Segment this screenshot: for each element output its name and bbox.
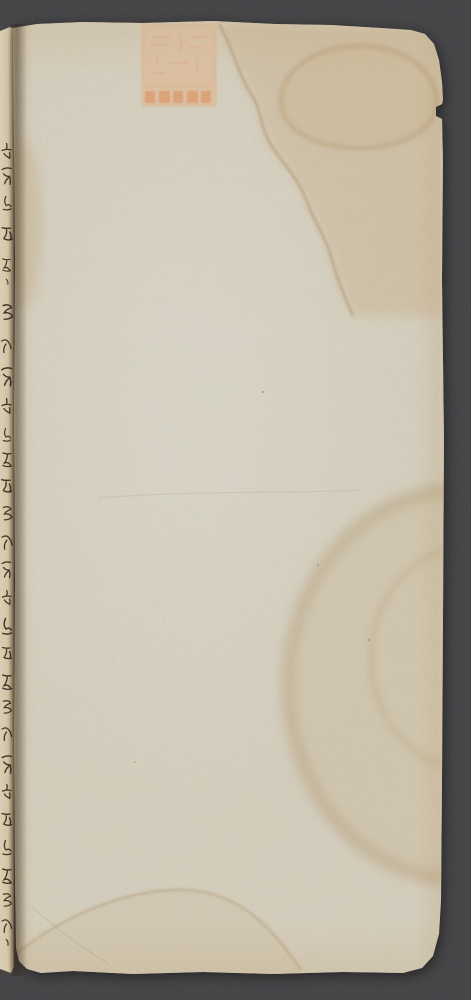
- seal-stamp: [141, 23, 217, 107]
- calligraphy-column: [0, 27, 14, 973]
- manuscript-page: [13, 20, 444, 977]
- scan-background: [0, 0, 471, 1000]
- manuscript-page-wrap: [13, 20, 444, 977]
- seal-pattern: [141, 23, 217, 107]
- paper-texture-and-stains: [13, 20, 444, 977]
- adjacent-page-edge: [0, 27, 14, 973]
